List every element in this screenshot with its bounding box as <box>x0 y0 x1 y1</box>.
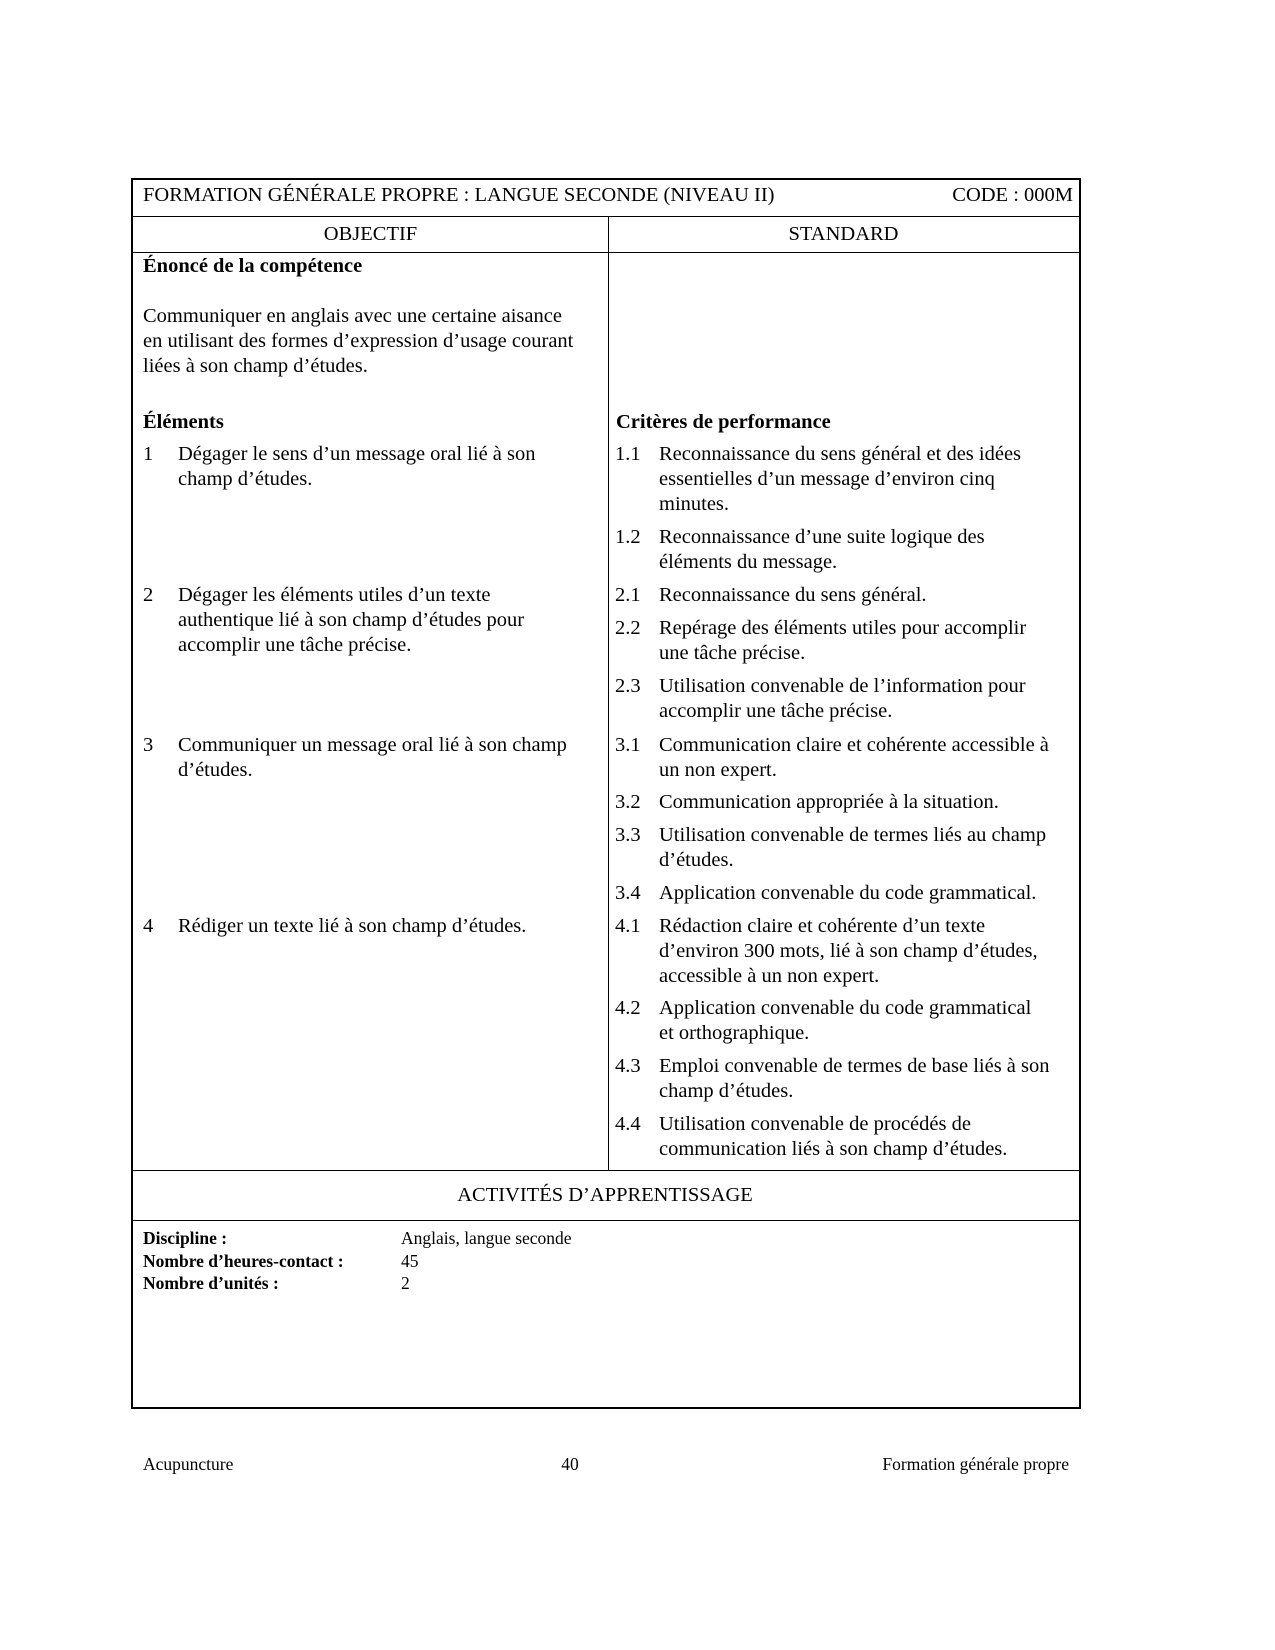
column-divider <box>608 216 609 1171</box>
critere-line: accomplir une tâche précise. <box>659 699 1026 724</box>
element-number: 4 <box>143 914 153 939</box>
element-line: Rédiger un texte lié à son champ d’étude… <box>178 914 526 939</box>
rule-above-activities <box>131 1170 1079 1171</box>
critere-text: Application convenable du code grammatic… <box>659 996 1031 1046</box>
critere-line: une tâche précise. <box>659 641 1026 666</box>
element-text: Rédiger un texte lié à son champ d’étude… <box>178 914 526 939</box>
element-line: Communiquer un message oral lié à son ch… <box>178 733 567 758</box>
critere-number: 2.3 <box>615 674 641 699</box>
critere-line: Reconnaissance d’une suite logique des <box>659 525 985 550</box>
document-title: FORMATION GÉNÉRALE PROPRE : LANGUE SECON… <box>143 183 775 208</box>
critere-line: et orthographique. <box>659 1021 1031 1046</box>
element-text: Dégager les éléments utiles d’un texteau… <box>178 583 524 658</box>
enonce-line: Communiquer en anglais avec une certaine… <box>143 304 573 329</box>
critere-line: Application convenable du code grammatic… <box>659 881 1036 906</box>
critere-text: Reconnaissance du sens général. <box>659 583 927 608</box>
critere-number: 4.3 <box>615 1054 641 1079</box>
element-line: Dégager le sens d’un message oral lié à … <box>178 442 536 467</box>
critere-number: 1.1 <box>615 442 641 467</box>
activites-heading: ACTIVITÉS D’APPRENTISSAGE <box>133 1183 1077 1208</box>
enonce-line: en utilisant des formes d’expression d’u… <box>143 329 573 354</box>
elements-heading: Éléments <box>143 410 224 435</box>
critere-line: Reconnaissance du sens général et des id… <box>659 442 1021 467</box>
course-code: CODE : 000M <box>952 183 1073 208</box>
critere-number: 2.2 <box>615 616 641 641</box>
critere-number: 3.2 <box>615 790 641 815</box>
critere-line: communication liés à son champ d’études. <box>659 1137 1007 1162</box>
critere-text: Utilisation convenable de procédés decom… <box>659 1112 1007 1162</box>
critere-number: 3.1 <box>615 733 641 758</box>
critere-line: un non expert. <box>659 758 1049 783</box>
critere-text: Repérage des éléments utiles pour accomp… <box>659 616 1026 666</box>
critere-line: Application convenable du code grammatic… <box>659 996 1031 1021</box>
activite-label: Nombre d’unités : <box>143 1272 279 1295</box>
critere-line: Rédaction claire et cohérente d’un texte <box>659 914 1038 939</box>
activite-label: Discipline : <box>143 1227 227 1250</box>
critere-text: Emploi convenable de termes de base liés… <box>659 1054 1050 1104</box>
critere-number: 3.4 <box>615 881 641 906</box>
critere-number: 4.1 <box>615 914 641 939</box>
enonce-line: liées à son champ d’études. <box>143 354 573 379</box>
critere-number: 4.2 <box>615 996 641 1021</box>
criteres-heading: Critères de performance <box>616 410 831 435</box>
critere-line: essentielles d’un message d’environ cinq <box>659 467 1021 492</box>
element-text: Communiquer un message oral lié à son ch… <box>178 733 567 783</box>
critere-text: Application convenable du code grammatic… <box>659 881 1036 906</box>
element-line: champ d’études. <box>178 467 536 492</box>
footer-right: Formation générale propre <box>882 1453 1069 1476</box>
rule-under-title <box>131 216 1079 217</box>
critere-text: Utilisation convenable de termes liés au… <box>659 823 1046 873</box>
activite-value: Anglais, langue seconde <box>401 1227 572 1250</box>
element-line: Dégager les éléments utiles d’un texte <box>178 583 524 608</box>
critere-text: Rédaction claire et cohérente d’un texte… <box>659 914 1038 989</box>
critere-line: Repérage des éléments utiles pour accomp… <box>659 616 1026 641</box>
column-header-objectif: OBJECTIF <box>133 222 608 247</box>
rule-under-activities <box>131 1220 1079 1221</box>
critere-number: 4.4 <box>615 1112 641 1137</box>
critere-text: Utilisation convenable de l’information … <box>659 674 1026 724</box>
critere-line: Reconnaissance du sens général. <box>659 583 927 608</box>
enonce-heading: Énoncé de la compétence <box>143 254 362 279</box>
element-line: accomplir une tâche précise. <box>178 633 524 658</box>
enonce-text: Communiquer en anglais avec une certaine… <box>143 304 573 379</box>
critere-line: Communication appropriée à la situation. <box>659 790 999 815</box>
element-text: Dégager le sens d’un message oral lié à … <box>178 442 536 492</box>
critere-text: Communication appropriée à la situation. <box>659 790 999 815</box>
critere-line: Utilisation convenable de termes liés au… <box>659 823 1046 848</box>
critere-number: 3.3 <box>615 823 641 848</box>
critere-number: 2.1 <box>615 583 641 608</box>
element-line: authentique lié à son champ d’études pou… <box>178 608 524 633</box>
critere-text: Communication claire et cohérente access… <box>659 733 1049 783</box>
activite-value: 2 <box>401 1272 410 1295</box>
rule-under-column-headers <box>131 252 1079 253</box>
activite-label: Nombre d’heures-contact : <box>143 1250 344 1273</box>
critere-line: minutes. <box>659 492 1021 517</box>
critere-text: Reconnaissance d’une suite logique desél… <box>659 525 985 575</box>
column-header-standard: STANDARD <box>610 222 1077 247</box>
critere-line: Communication claire et cohérente access… <box>659 733 1049 758</box>
critere-line: Utilisation convenable de procédés de <box>659 1112 1007 1137</box>
critere-text: Reconnaissance du sens général et des id… <box>659 442 1021 517</box>
critere-number: 1.2 <box>615 525 641 550</box>
critere-line: champ d’études. <box>659 1079 1050 1104</box>
element-line: d’études. <box>178 758 567 783</box>
element-number: 3 <box>143 733 153 758</box>
critere-line: Emploi convenable de termes de base liés… <box>659 1054 1050 1079</box>
critere-line: d’environ 300 mots, lié à son champ d’ét… <box>659 939 1038 964</box>
element-number: 1 <box>143 442 153 467</box>
activite-value: 45 <box>401 1250 419 1273</box>
critere-line: éléments du message. <box>659 550 985 575</box>
critere-line: Utilisation convenable de l’information … <box>659 674 1026 699</box>
critere-line: accessible à un non expert. <box>659 964 1038 989</box>
page-number: 40 <box>520 1453 620 1476</box>
footer-left: Acupuncture <box>143 1453 233 1476</box>
critere-line: d’études. <box>659 848 1046 873</box>
element-number: 2 <box>143 583 153 608</box>
